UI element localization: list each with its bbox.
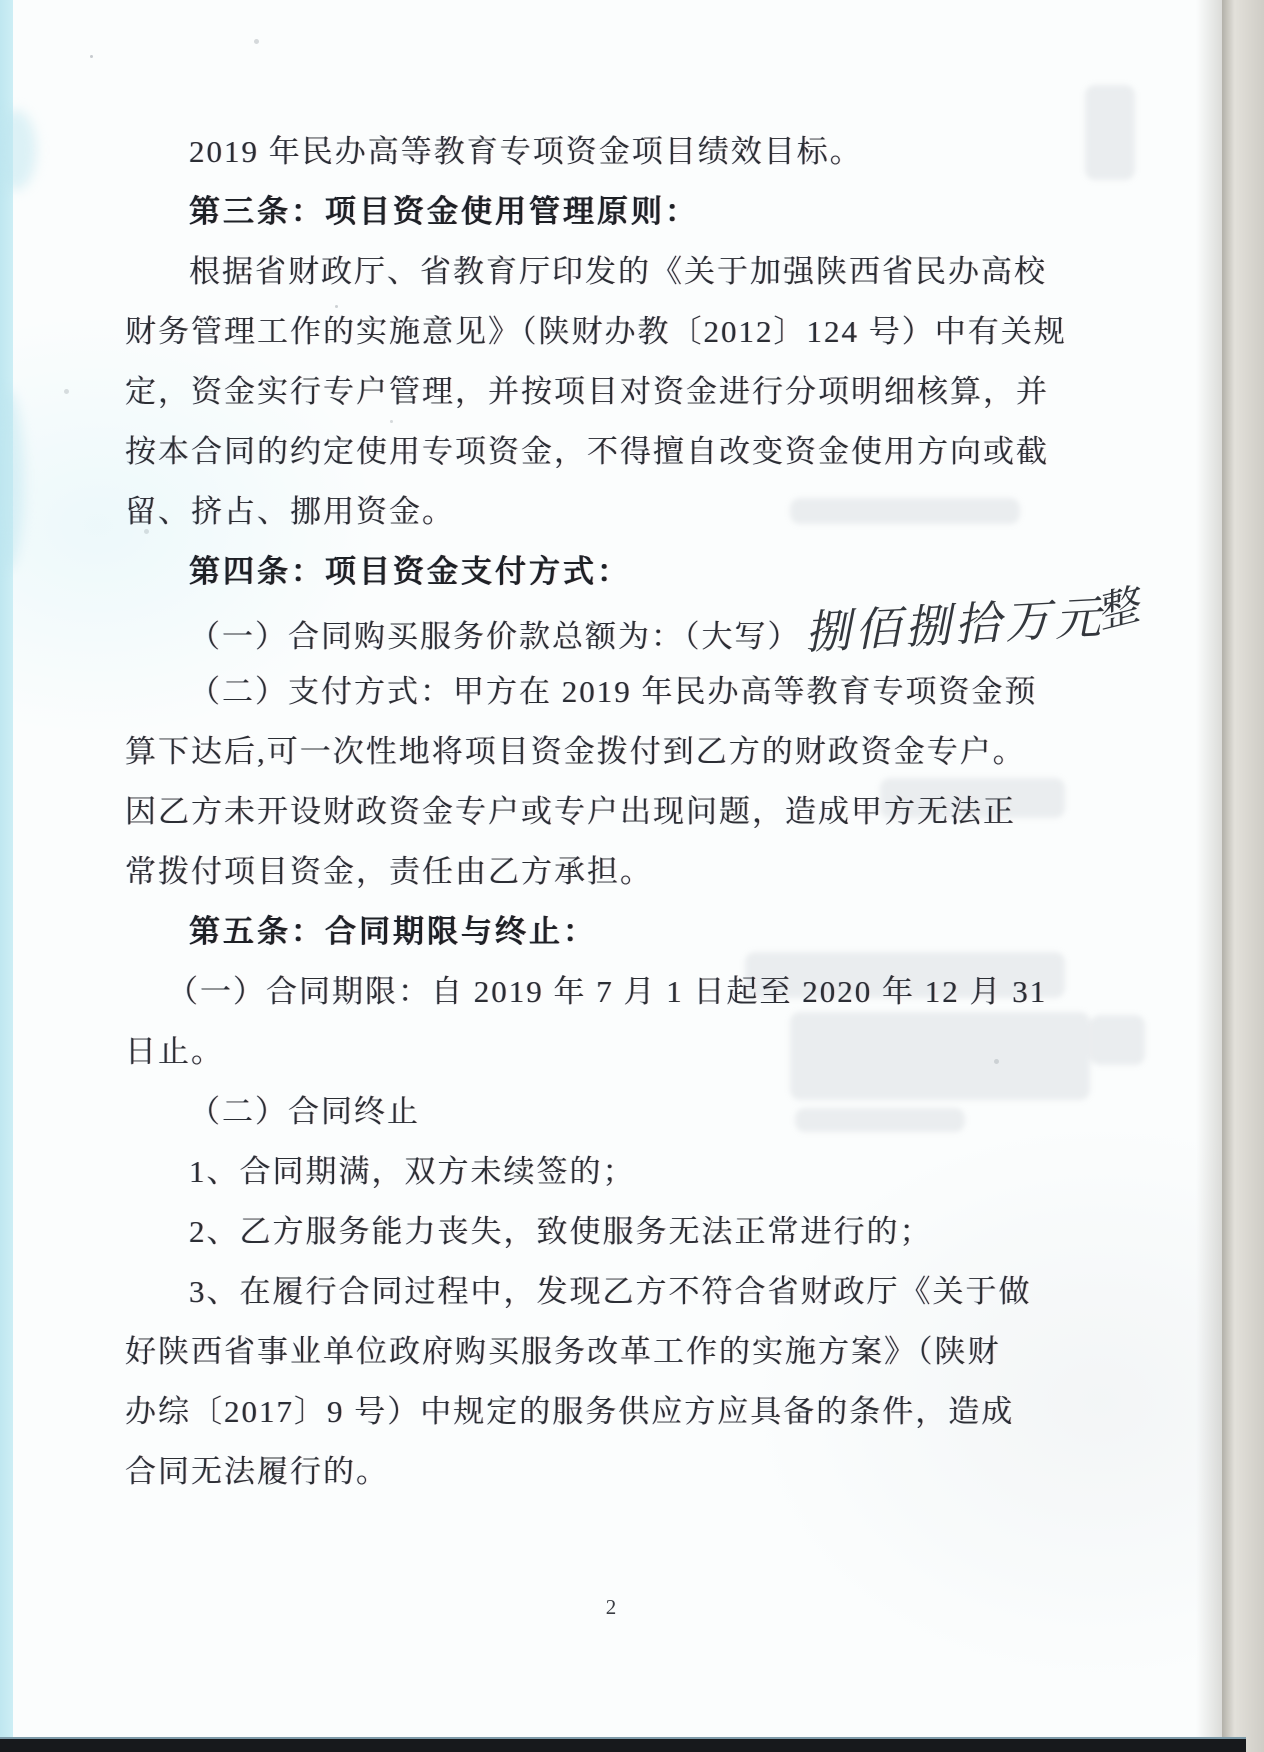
scanner-background-edge (1222, 0, 1264, 1752)
doc-line: 2019 年民办高等教育专项资金项目绩效目标。 (125, 122, 1085, 182)
doc-line: 因乙方未开设财政资金专户或专户出现问题，造成甲方无法正 (125, 782, 1085, 842)
paper-edge-shadow (1196, 0, 1222, 1752)
clause-heading-5: 第五条：合同期限与终止： (125, 902, 1085, 962)
bleedthrough-smudge (1090, 1015, 1145, 1065)
doc-line: 财务管理工作的实施意见》（陕财办教〔2012〕124 号）中有关规 (125, 302, 1085, 362)
doc-line: 2、乙方服务能力丧失，致使服务无法正常进行的； (125, 1202, 1085, 1262)
scan-bottom-bar (0, 1737, 1246, 1752)
bleedthrough-smudge (1085, 85, 1135, 180)
scan-artifact (0, 110, 36, 190)
doc-line: 办综〔2017〕9 号）中规定的服务供应方应具备的条件，造成 (125, 1382, 1085, 1442)
doc-line: （二）合同终止 (125, 1082, 1085, 1142)
doc-line: 合同无法履行的。 (125, 1442, 1085, 1502)
page-number: 2 (0, 1595, 1222, 1620)
doc-line: 留、挤占、挪用资金。 (125, 482, 1085, 542)
scan-artifact (0, 390, 24, 570)
doc-line: 定，资金实行专户管理，并按项目对资金进行分项明细核算，并 (125, 362, 1085, 422)
doc-line: 日止。 (125, 1022, 1085, 1082)
scan-left-edge (0, 0, 13, 1752)
doc-line: 按本合同的约定使用专项资金，不得擅自改变资金使用方向或截 (125, 422, 1085, 482)
doc-line: 好陕西省事业单位政府购买服务改革工作的实施方案》（陕财 (125, 1322, 1085, 1382)
doc-line: （一）合同期限：自 2019 年 7 月 1 日起至 2020 年 12 月 3… (125, 962, 1085, 1022)
amount-label: （一）合同购买服务价款总额为：（大写） (189, 619, 801, 654)
doc-line: （二）支付方式：甲方在 2019 年民办高等教育专项资金预 (125, 662, 1085, 722)
doc-line: 3、在履行合同过程中，发现乙方不符合省财政厅《关于做 (125, 1262, 1085, 1322)
doc-line: 1、合同期满，双方未续签的； (125, 1142, 1085, 1202)
doc-line: 根据省财政厅、省教育厅印发的《关于加强陕西省民办高校 (125, 242, 1085, 302)
clause-heading-3: 第三条：项目资金使用管理原则： (125, 182, 1085, 242)
doc-line: 常拨付项目资金，责任由乙方承担。 (125, 842, 1085, 902)
doc-line-amount: （一）合同购买服务价款总额为：（大写）捌佰捌拾万元整 (125, 602, 1085, 662)
clause-heading-4: 第四条：项目资金支付方式： (125, 542, 1085, 602)
dust-specks (90, 55, 93, 58)
scanned-page: 2019 年民办高等教育专项资金项目绩效目标。 第三条：项目资金使用管理原则： … (0, 0, 1222, 1752)
contract-text: 2019 年民办高等教育专项资金项目绩效目标。 第三条：项目资金使用管理原则： … (125, 122, 1085, 1502)
doc-line: 算下达后,可一次性地将项目资金拨付到乙方的财政资金专户。 (125, 722, 1085, 782)
